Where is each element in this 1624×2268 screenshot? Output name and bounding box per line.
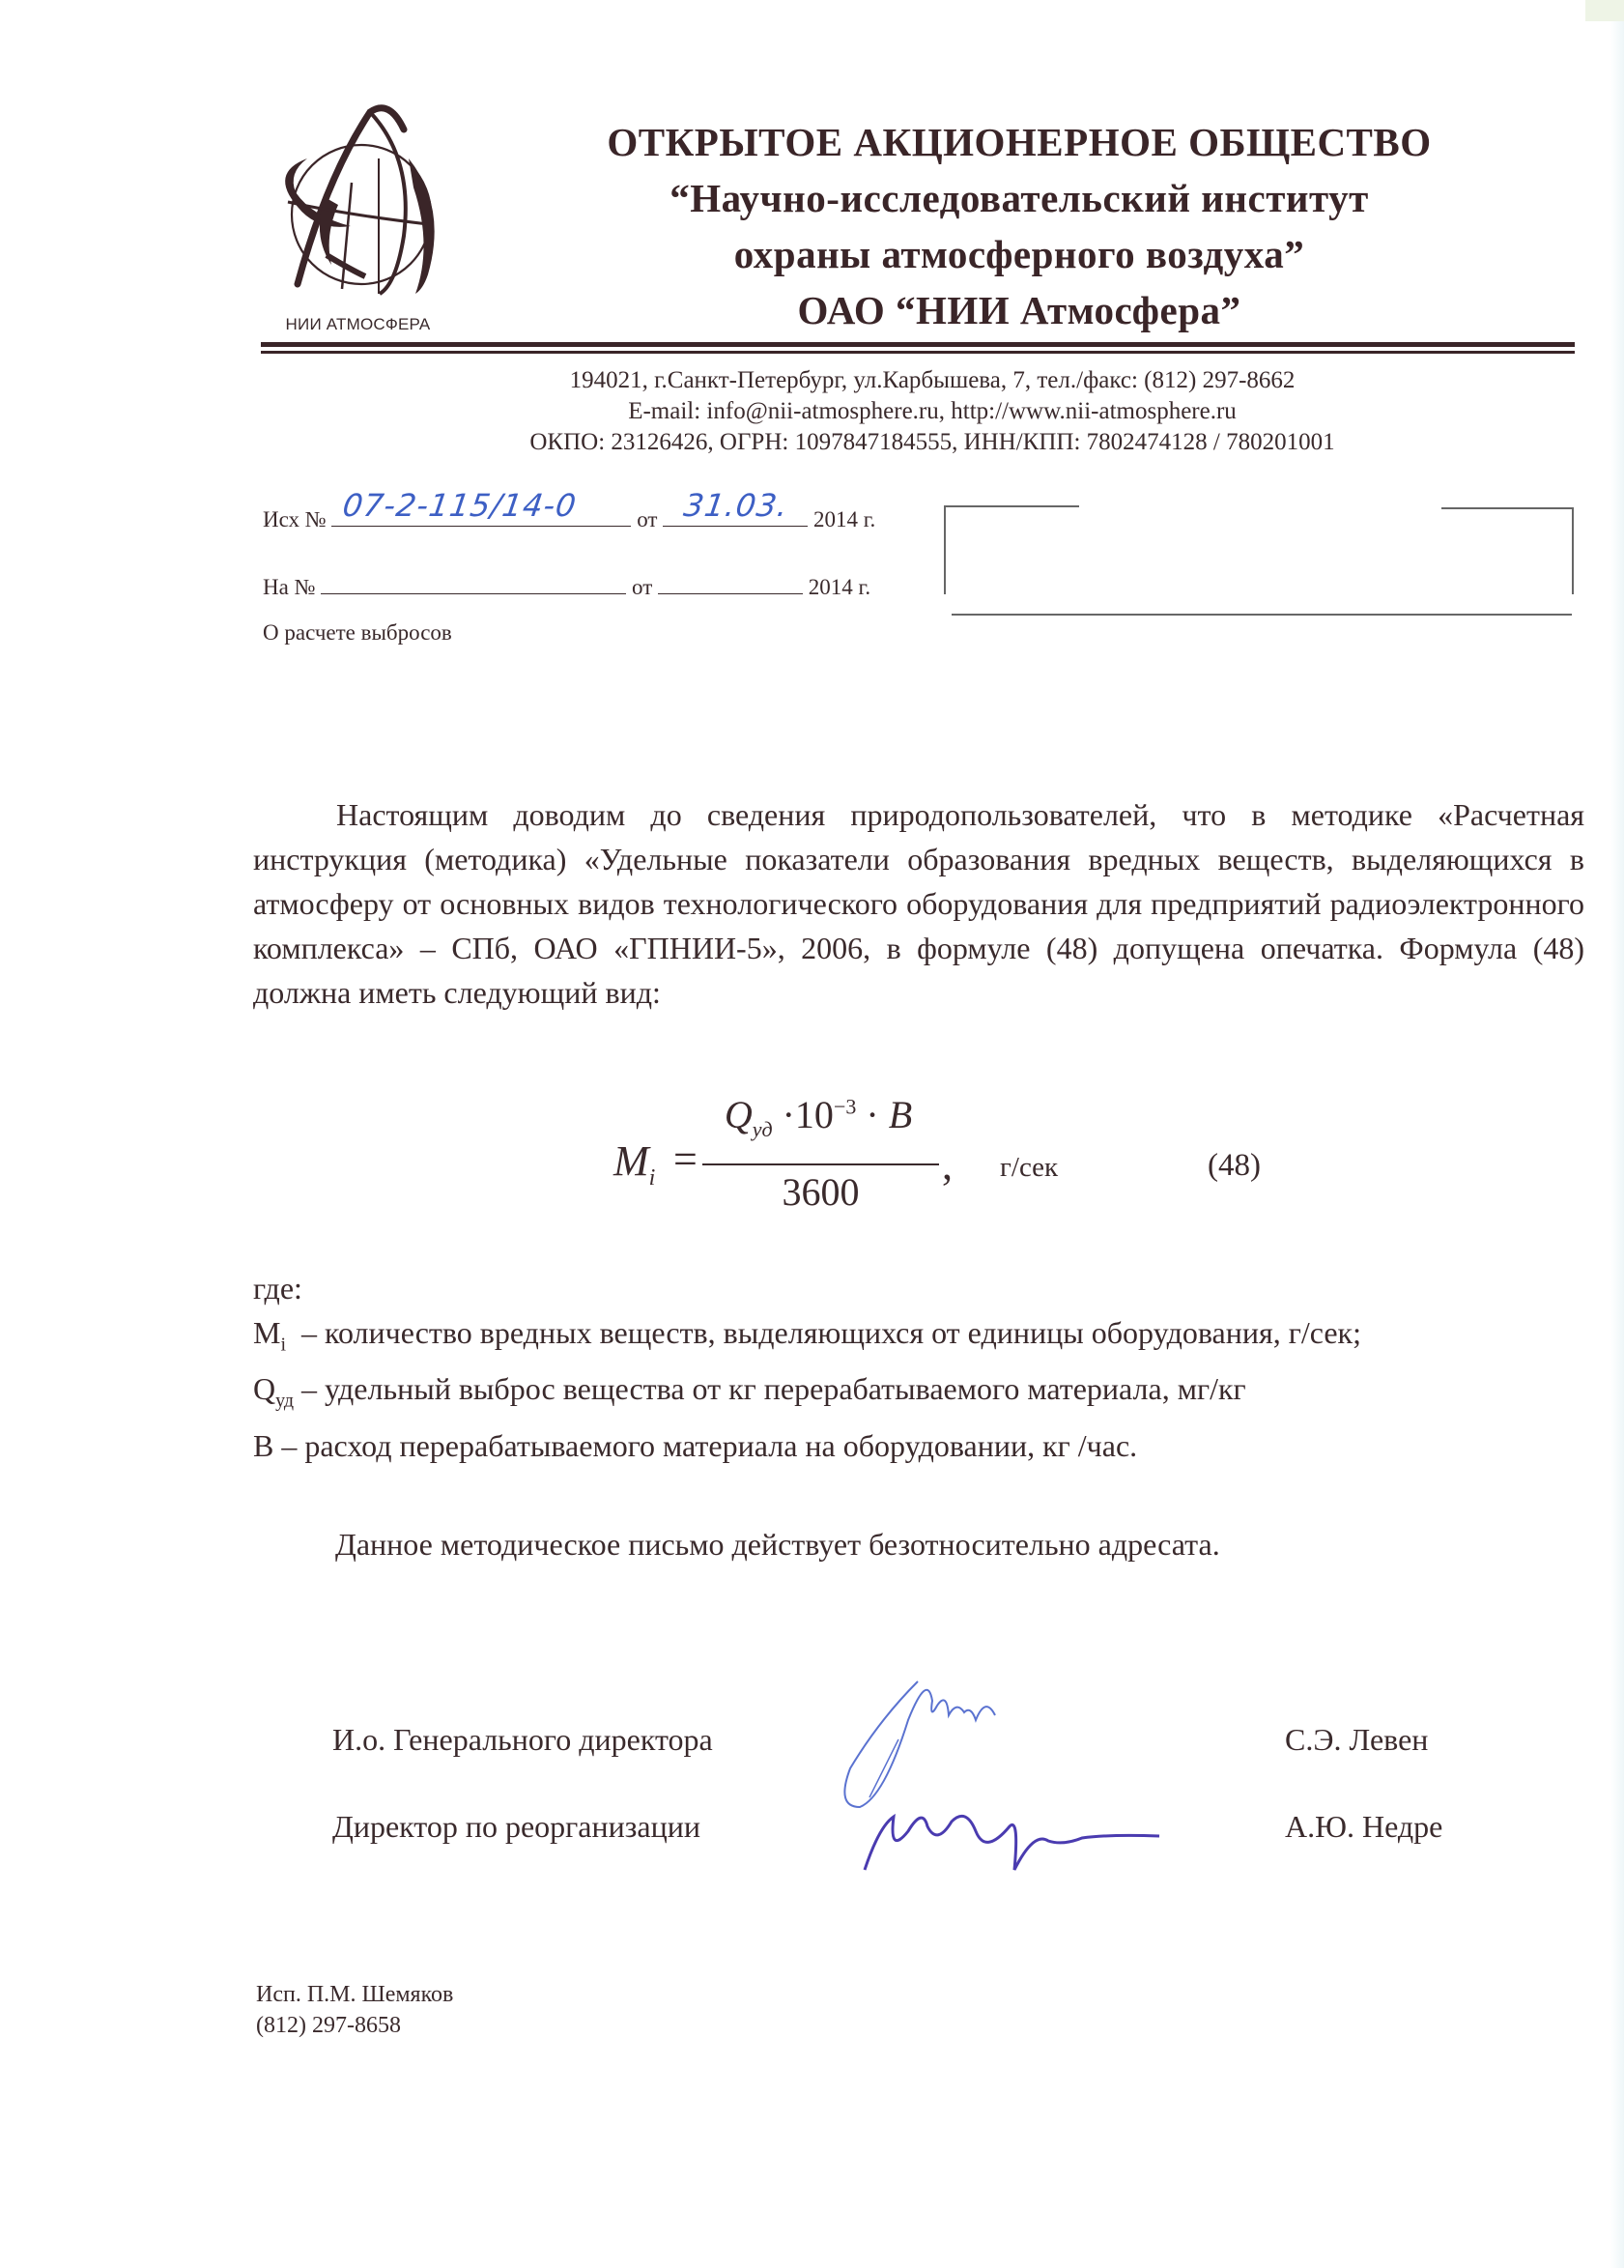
def-symbol: Q xyxy=(253,1371,275,1406)
formula-lhs: Mi xyxy=(613,1136,655,1191)
org-line-1: ОТКРЫТОЕ АКЦИОНЕРНОЕ ОБЩЕСТВО xyxy=(502,114,1536,170)
incoming-date-field xyxy=(658,570,803,594)
organization-name: ОТКРЫТОЕ АКЦИОНЕРНОЕ ОБЩЕСТВО “Научно-ис… xyxy=(502,114,1536,338)
letter-page: НИИ АТМОСФЕРА ОТКРЫТОЕ АКЦИОНЕРНОЕ ОБЩЕС… xyxy=(0,0,1624,2268)
formula-comma: , xyxy=(942,1140,953,1190)
outgoing-reference: Исх № 07-2-115/14-0 от 31.03. 2014 г. xyxy=(263,502,875,532)
def-text: – расход перерабатываемого материала на … xyxy=(273,1428,1137,1463)
signatory-name: А.Ю. Недре xyxy=(1285,1809,1442,1845)
formula-ten: ·10 xyxy=(773,1093,834,1136)
formula-numerator: Qуд ·10−3 · B xyxy=(702,1092,934,1142)
formula-q-sub: уд xyxy=(753,1117,773,1141)
logo: НИИ АТМОСФЕРА xyxy=(259,100,457,332)
signatory-title: Директор по реорганизации xyxy=(332,1809,700,1845)
def-text: – количество вредных веществ, выделяющих… xyxy=(286,1315,1361,1350)
org-line-4: ОАО “НИИ Атмосфера” xyxy=(502,282,1536,338)
formula-lhs-sub: i xyxy=(649,1165,656,1191)
outgoing-date: 31.03. xyxy=(682,487,791,524)
header-rule-thick xyxy=(261,342,1575,347)
definition-item: Mi – количество вредных веществ, выделяю… xyxy=(253,1310,1584,1366)
org-line-3: охраны атмосферного воздуха” xyxy=(502,226,1536,282)
addressee-underline xyxy=(952,614,1572,616)
executor-info: Исп. П.М. Шемяков (812) 297-8658 xyxy=(256,1979,453,2041)
where-label: где: xyxy=(253,1266,1584,1310)
scan-edge-corner xyxy=(1585,0,1624,21)
formula-number: (48) xyxy=(1208,1148,1261,1184)
formula-48: Mi = Qуд ·10−3 · B 3600 , г/сек (48) xyxy=(613,1092,1290,1237)
logo-caption: НИИ АТМОСФЕРА xyxy=(259,315,457,334)
org-line-2: “Научно-исследовательский институт xyxy=(502,170,1536,226)
letter-subject: О расчете выбросов xyxy=(263,620,452,646)
definition-item: B – расход перерабатываемого материала н… xyxy=(253,1423,1584,1468)
letter-body: Настоящим доводим до сведения природопол… xyxy=(253,792,1584,1015)
outgoing-number: 07-2-115/14-0 xyxy=(341,487,580,524)
incoming-label: На № xyxy=(263,575,316,599)
validity-notice: Данное методическое письмо действует без… xyxy=(335,1527,1220,1563)
addressee-corner-left xyxy=(944,505,1079,594)
definition-item: Qуд – удельный выброс вещества от кг пер… xyxy=(253,1366,1584,1422)
outgoing-date-field: 31.03. xyxy=(663,502,808,527)
scan-edge xyxy=(1610,0,1624,2268)
incoming-reference: На № от 2014 г. xyxy=(263,570,870,600)
year-suffix: 2014 г. xyxy=(809,575,870,599)
formula-denominator: 3600 xyxy=(702,1169,939,1215)
executor-phone: (812) 297-8658 xyxy=(256,2010,453,2041)
address-line: 194021, г.Санкт-Петербург, ул.Карбышева,… xyxy=(386,365,1478,396)
registration-line: ОКПО: 23126426, ОГРН: 1097847184555, ИНН… xyxy=(386,427,1478,458)
def-sub: уд xyxy=(275,1391,294,1412)
from-label: от xyxy=(632,575,652,599)
body-paragraph: Настоящим доводим до сведения природопол… xyxy=(253,792,1584,1015)
def-symbol: B xyxy=(253,1428,273,1463)
formula-b: B xyxy=(889,1093,912,1136)
executor-name: Исп. П.М. Шемяков xyxy=(256,1979,453,2010)
email-line: E-mail: info@nii-atmosphere.ru, http://w… xyxy=(386,396,1478,427)
header-rule-thin xyxy=(261,351,1575,354)
contact-details: 194021, г.Санкт-Петербург, ул.Карбышева,… xyxy=(386,365,1478,458)
formula-lhs-symbol: M xyxy=(613,1137,649,1185)
formula-unit: г/сек xyxy=(1000,1152,1058,1184)
formula-q: Q xyxy=(725,1093,753,1136)
incoming-number-field xyxy=(321,570,626,594)
formula-dot: · xyxy=(856,1093,888,1136)
outgoing-number-field: 07-2-115/14-0 xyxy=(331,502,631,527)
fraction-bar xyxy=(702,1163,939,1165)
formula-exponent: −3 xyxy=(834,1095,856,1119)
addressee-box xyxy=(944,503,1574,619)
outgoing-label: Исх № xyxy=(263,507,327,531)
definitions: где: Mi – количество вредных веществ, вы… xyxy=(253,1266,1584,1468)
signatory-title: И.о. Генерального директора xyxy=(332,1722,713,1758)
atmosphere-logo-icon xyxy=(259,100,457,313)
def-text: – удельный выброс вещества от кг перераб… xyxy=(294,1371,1246,1406)
addressee-corner-right xyxy=(1441,507,1574,594)
year-suffix: 2014 г. xyxy=(813,507,875,531)
from-label: от xyxy=(637,507,657,531)
signatory-name: С.Э. Левен xyxy=(1285,1722,1428,1758)
def-symbol: M xyxy=(253,1315,280,1350)
formula-equals: = xyxy=(673,1134,698,1184)
handwritten-signatures-icon xyxy=(840,1662,1246,1884)
